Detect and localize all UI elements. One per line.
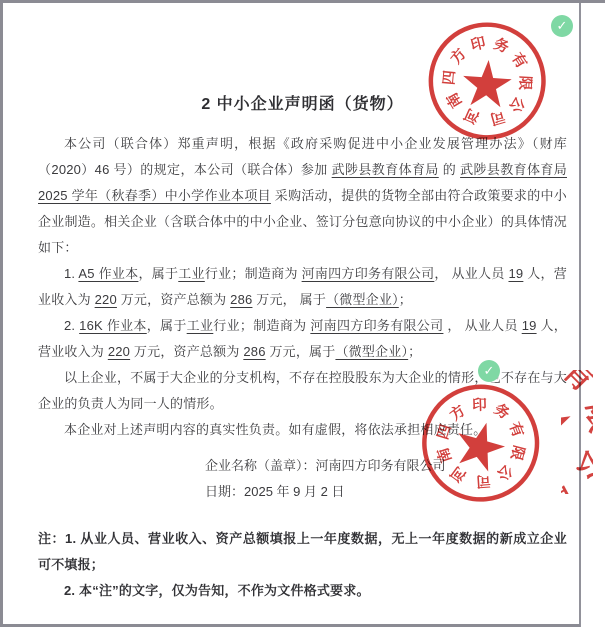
check-glyph: ✓ (484, 363, 495, 379)
svg-text:方: 方 (446, 401, 469, 424)
svg-text:司: 司 (475, 472, 491, 491)
notes-block: 注：1. 从业人员、营业收入、资产总额填报上一年度数据，无上一年度数据的新成立企… (38, 526, 567, 604)
svg-text:有: 有 (561, 370, 593, 398)
company-seal-stamp-top: 河南四方印务有限公司 (419, 13, 556, 155)
svg-text:公: 公 (570, 444, 593, 486)
window-border-top (0, 0, 605, 3)
svg-text:限: 限 (516, 75, 535, 91)
svg-text:四: 四 (440, 69, 458, 85)
svg-text:务: 务 (491, 34, 512, 56)
paragraph: 本公司（联合体）郑重声明，根据《政府采购促进中小企业发展管理办法》（财库（202… (38, 131, 567, 261)
svg-text:印: 印 (472, 397, 488, 414)
note-line: 2. 本“注”的文字，仅为告知，不作为文件格式要求。 (38, 578, 567, 604)
svg-text:南: 南 (433, 445, 455, 465)
svg-text:河: 河 (447, 462, 469, 485)
svg-text:司: 司 (488, 107, 507, 128)
svg-text:限: 限 (507, 444, 528, 463)
svg-text:公: 公 (493, 461, 515, 484)
paragraph: 2. 16K 作业本，属于工业行业；制造商为 河南四方印务有限公司 ， 从业人员… (38, 313, 567, 365)
svg-text:公: 公 (505, 93, 528, 115)
window-border-left (0, 0, 3, 627)
svg-text:有: 有 (505, 420, 527, 440)
svg-text:方: 方 (447, 44, 470, 67)
svg-text:南: 南 (443, 89, 466, 111)
page-edge-divider (579, 0, 581, 627)
svg-text:有: 有 (508, 49, 531, 71)
svg-text:四: 四 (434, 422, 455, 441)
svg-text:印: 印 (469, 34, 488, 54)
svg-text:河: 河 (461, 105, 482, 127)
note-line: 注：1. 从业人员、营业收入、资产总额填报上一年度数据，无上一年度数据的新成立企… (38, 526, 567, 578)
company-seal-stamp-page-edge-fragment: 河南四方印务有限公司 (561, 370, 593, 494)
screenshot-root: { "document": { "title": "2 中小企业声明函（货物）"… (0, 0, 605, 627)
svg-text:务: 务 (491, 400, 513, 423)
svg-text:限: 限 (580, 400, 593, 435)
svg-text:司: 司 (561, 477, 580, 494)
check-glyph: ✓ (557, 18, 568, 34)
adjacent-page-strip (581, 0, 605, 627)
paragraph: 1. A5 作业本，属于工业行业；制造商为 河南四方印务有限公司， 从业人员 1… (38, 261, 567, 313)
verified-check-icon[interactable]: ✓ (551, 15, 573, 37)
verified-check-icon[interactable]: ✓ (478, 360, 500, 382)
